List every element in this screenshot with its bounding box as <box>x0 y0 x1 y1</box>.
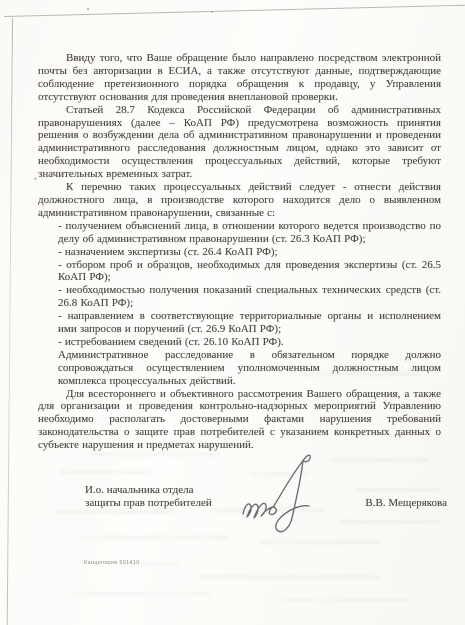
letter-body: Ввиду того, что Ваше обращение было напр… <box>38 52 441 452</box>
scan-speck <box>211 11 213 13</box>
paragraph-esia-grounds: Ввиду того, что Ваше обращение было напр… <box>38 52 441 104</box>
scan-speck <box>87 8 89 10</box>
signer-position-line1: И.о. начальника отдела <box>85 484 212 497</box>
list-item-explanations: - получением объяснений лица, в отношени… <box>58 220 441 246</box>
list-item-expertise: - назначением экспертизы (ст. 26.4 КоАП … <box>58 246 441 259</box>
list-item-territorial-bodies: - направлением в соответствующие террито… <box>58 310 441 336</box>
page-top-edge-line <box>4 5 465 17</box>
handwritten-signature <box>233 448 337 548</box>
list-item-technical-readings: - необходимостью получения показаний спе… <box>58 284 441 310</box>
scanned-letter-page: Ввиду того, что Ваше обращение было напр… <box>0 0 465 625</box>
paragraph-actions-list-intro: К перечню таких процессуальных действий … <box>38 181 441 220</box>
registry-stamp: Канцелярия 501410 <box>84 560 140 566</box>
signer-position-line2: защиты прав потребителей <box>85 497 212 510</box>
signer-name: В.В. Мещерякова <box>365 497 447 510</box>
paragraph-requirements: Для всестороннего и объективного рассмот… <box>38 388 441 453</box>
scan-speck <box>34 177 37 180</box>
paragraph-investigation-duty: Административное расследование в обязате… <box>58 349 441 388</box>
paragraph-article-28-7: Статьей 28.7 Кодекса Российской Федераци… <box>38 104 441 181</box>
list-item-information-request: - истребованием сведений (ст. 26.10 КоАП… <box>58 336 441 349</box>
signer-position: И.о. начальника отдела защиты прав потре… <box>85 484 212 510</box>
list-item-samples: - отбором проб и образцов, необходимых д… <box>58 259 441 285</box>
page-left-edge-line <box>7 18 13 625</box>
